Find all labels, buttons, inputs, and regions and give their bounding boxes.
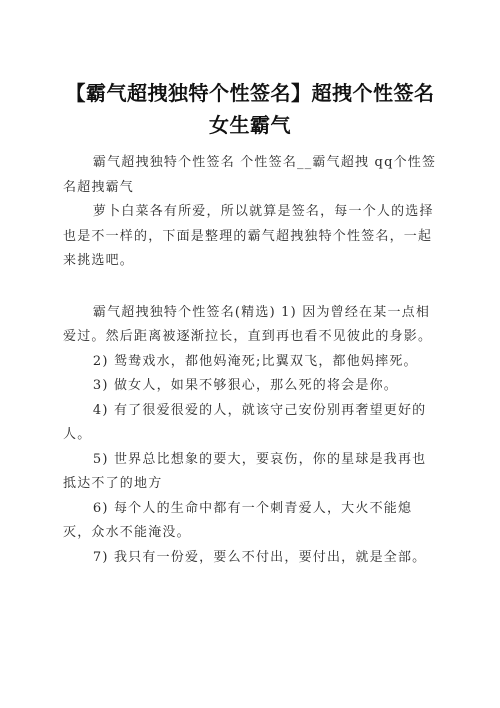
paragraph-item-4: 4) 有了很爱很爱的人，就该守己安份别再奢望更好的人。 xyxy=(63,399,437,448)
title-line-2: 女生霸气 xyxy=(60,109,440,141)
paragraph-item-6: 6) 每个人的生命中都有一个刺青爱人，大火不能熄灭，众水不能淹没。 xyxy=(63,497,437,546)
paragraph-keywords: 霸气超拽独特个性签名 个性签名__霸气超拽 qq个性签名超拽霸气 xyxy=(63,151,437,200)
document-body: 霸气超拽独特个性签名 个性签名__霸气超拽 qq个性签名超拽霸气 萝卜白菜各有所… xyxy=(63,151,437,570)
paragraph-item-1: 霸气超拽独特个性签名(精选) 1) 因为曾经在某一点相爱过。然后距离被逐渐拉长，… xyxy=(63,301,437,350)
document-page: 【霸气超拽独特个性签名】超拽个性签名 女生霸气 霸气超拽独特个性签名 个性签名_… xyxy=(0,0,500,708)
paragraph-item-5: 5) 世界总比想象的要大，要哀伤，你的星球是我再也抵达不了的地方 xyxy=(63,448,437,497)
paragraph-intro: 萝卜白菜各有所爱，所以就算是签名，每一个人的选择也是不一样的，下面是整理的霸气超… xyxy=(63,200,437,274)
document-title: 【霸气超拽独特个性签名】超拽个性签名 女生霸气 xyxy=(60,77,440,141)
paragraph-item-3: 3) 做女人，如果不够狠心，那么死的将会是你。 xyxy=(63,374,437,399)
paragraph-item-2: 2) 鸳鸯戏水，都他妈淹死;比翼双飞，都他妈摔死。 xyxy=(63,350,437,375)
title-line-1: 【霸气超拽独特个性签名】超拽个性签名 xyxy=(60,77,440,109)
paragraph-spacer xyxy=(63,274,437,301)
paragraph-item-7: 7) 我只有一份爱，要么不付出，要付出，就是全部。 xyxy=(63,546,437,571)
